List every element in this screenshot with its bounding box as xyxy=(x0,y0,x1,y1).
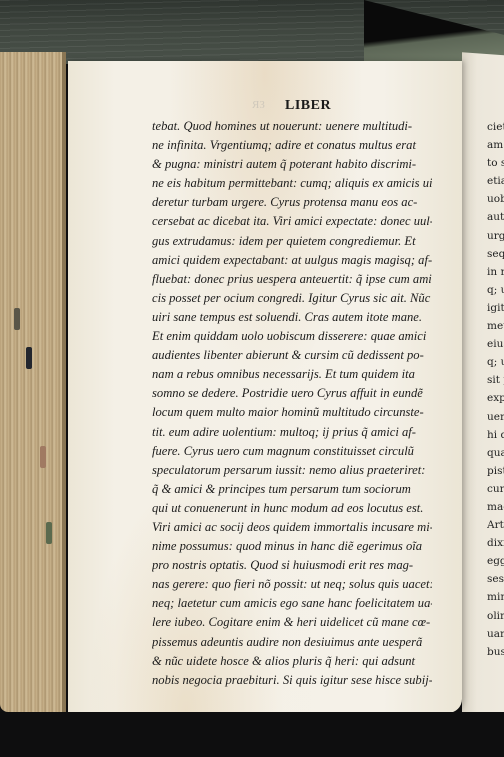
text-line: tebat. Quod homines ut nouerunt: uenere … xyxy=(152,117,432,136)
right-text-fragment: igit xyxy=(487,299,504,317)
right-text-fragment: maci xyxy=(487,498,504,516)
text-line: nobis negocia praebituri. Si quis igitur… xyxy=(152,671,432,690)
right-text-fragment: pisti xyxy=(487,462,504,480)
right-text-fragment: to s xyxy=(487,154,504,172)
right-text-fragment: eius xyxy=(487,335,504,353)
right-text-fragment: minim xyxy=(487,588,504,606)
right-text-fragment: hi d xyxy=(487,426,504,444)
page-tab-marker xyxy=(26,347,32,369)
text-line: tit. eum adire uolentium: multoq; ij pri… xyxy=(152,423,432,442)
right-text-fragment: sequ xyxy=(487,245,504,263)
text-line: ne infinita. Vrgentiumq; adire et conatu… xyxy=(152,136,432,155)
text-line: & nũc uidete hosce & alios pluris q̃ her… xyxy=(152,652,432,671)
text-line: speculatorum persarum iussit: nemo alius… xyxy=(152,461,432,480)
right-text-fragment: ciet: xyxy=(487,118,504,136)
right-text-fragment: meu xyxy=(487,317,504,335)
right-text-fragment: olim c xyxy=(487,607,504,625)
right-text-fragment: in r xyxy=(487,263,504,281)
page-tab-marker xyxy=(40,446,46,468)
text-line: nime possumus: quod minus in hanc diẽ eg… xyxy=(152,537,432,556)
text-line: ne eis habitum permittebant: cumq; aliqu… xyxy=(152,174,432,193)
text-line: deretur turbam urgere. Cyrus protensa ma… xyxy=(152,193,432,212)
running-header: LIBER xyxy=(285,98,331,114)
right-text-fragment: q; u xyxy=(487,353,504,371)
text-line: locum quem multo maior hominũ multitudo … xyxy=(152,403,432,422)
right-page-text: ciet:am:to setiauobauturgsequin rq; uigi… xyxy=(487,118,504,661)
text-line: Et enim quiddam uolo uobiscum disserere:… xyxy=(152,327,432,346)
fore-edge-page-block xyxy=(0,52,66,712)
text-line: gus extrudamus: idem per quietem congred… xyxy=(152,232,432,251)
right-text-fragment: uob xyxy=(487,190,504,208)
text-line: nas gerere: quo fieri nõ possit: ut neq;… xyxy=(152,575,432,594)
text-line: q̃ & amici & principes tum persarum tum … xyxy=(152,480,432,499)
text-line: uiri sane tempus est soluendi. Cras aute… xyxy=(152,308,432,327)
text-line: fluebat: donec prius uespera anteuertit:… xyxy=(152,270,432,289)
page-tab-marker xyxy=(46,522,52,544)
right-text-fragment: urg xyxy=(487,227,504,245)
text-line: fuere. Cyrus uero cum magnum constituiss… xyxy=(152,442,432,461)
right-text-fragment: sit p xyxy=(487,371,504,389)
page-body-text: tebat. Quod homines ut nouerunt: uenere … xyxy=(152,117,432,690)
text-line: qui ut conuenerunt in hunc modum ad eos … xyxy=(152,499,432,518)
book-photo-scene: ciet:am:to setiauobauturgsequin rq; uigi… xyxy=(0,0,504,757)
text-line: neq; laetetur cum amicis ego sane hanc f… xyxy=(152,594,432,613)
right-text-fragment: curæ xyxy=(487,480,504,498)
right-text-fragment: uers xyxy=(487,408,504,426)
right-text-fragment: uares d xyxy=(487,625,504,643)
background-shadow xyxy=(0,712,504,757)
right-text-fragment: q; u xyxy=(487,281,504,299)
text-line: somno se dedere. Postridie uero Cyrus af… xyxy=(152,384,432,403)
text-line: cersebat ac dicebat ita. Viri amici expe… xyxy=(152,212,432,231)
text-line: audientes libenter abierunt & cursim cũ … xyxy=(152,346,432,365)
right-text-fragment: eggre xyxy=(487,552,504,570)
right-text-fragment: Artal xyxy=(487,516,504,534)
text-line: lere iubeo. Cogitare enim & heri uidelic… xyxy=(152,613,432,632)
text-line: pissemus adeuntis audire non desiuimus a… xyxy=(152,633,432,652)
page-tab-marker xyxy=(14,308,20,330)
text-line: pro nostris optatis. Quod si huiusmodi e… xyxy=(152,556,432,575)
show-through-header: ЯЗ xyxy=(252,99,265,111)
right-text-fragment: dixit: xyxy=(487,534,504,552)
text-line: & pugna: ministri autem q̃ poterant habi… xyxy=(152,155,432,174)
right-text-fragment: sesam xyxy=(487,570,504,588)
right-text-fragment: etia xyxy=(487,172,504,190)
right-text-fragment: exp xyxy=(487,389,504,407)
text-line: amici quidem expectabant: at uulgus magi… xyxy=(152,251,432,270)
right-text-fragment: aut xyxy=(487,208,504,226)
text-line: Viri amici ac socij deos quidem immortal… xyxy=(152,518,432,537)
text-line: cis posset per ocium congredi. Igitur Cy… xyxy=(152,289,432,308)
right-text-fragment: am: xyxy=(487,136,504,154)
right-text-fragment: qua xyxy=(487,444,504,462)
text-line: nam a rebus omnibus necessarijs. Et tum … xyxy=(152,365,432,384)
right-text-fragment: bus al xyxy=(487,643,504,661)
